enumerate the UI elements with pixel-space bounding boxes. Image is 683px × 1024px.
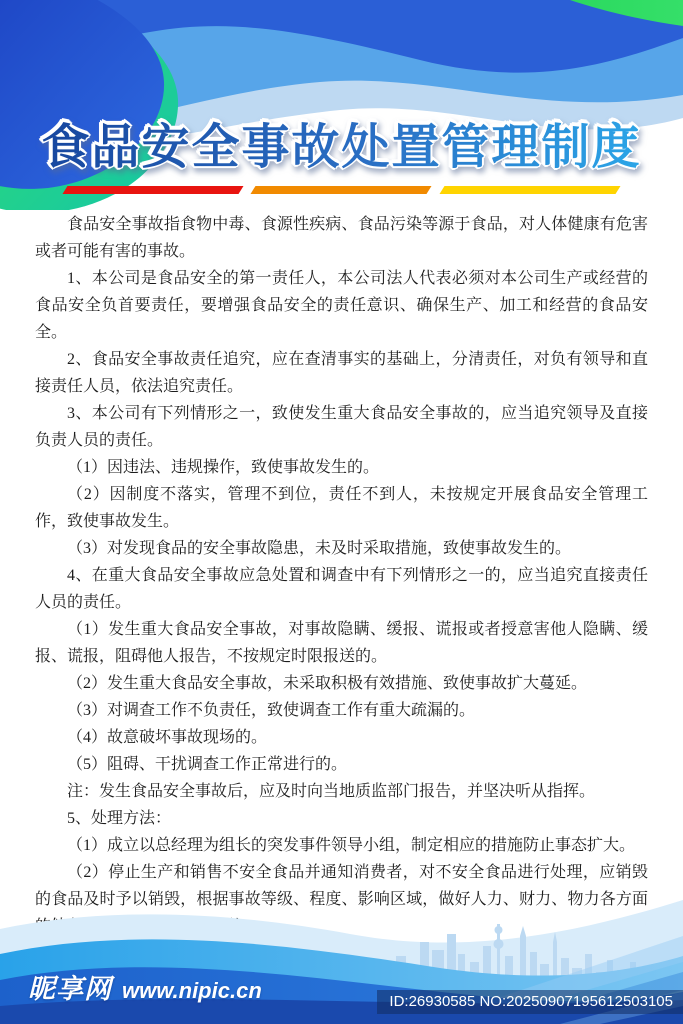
paragraph-item-3: 3、本公司有下列情形之一，致使发生重大食品安全事故的，应当追究领导及直接负责人员… <box>35 400 648 454</box>
watermark: 昵享网 www.nipic.cn <box>28 967 262 1006</box>
header-wave-art <box>0 0 683 210</box>
paragraph-item-4: 4、在重大食品安全事故应急处置和调查中有下列情形之一的，应当追究直接责任人员的责… <box>35 562 648 616</box>
paragraph-item-4-sub-2: （2）发生重大食品安全事故，未采取积极有效措施、致使事故扩大蔓延。 <box>35 670 648 697</box>
image-id-badge: ID:26930585 NO:20250907195612503105 <box>377 990 683 1014</box>
poster-page: 食品安全事故处置管理制度 食品安全事故指食物中毒、食源性疾病、食品污染等源于食品… <box>0 0 683 1024</box>
paragraph-item-4-sub-5: （5）阻碍、干扰调查工作正常进行的。 <box>35 751 648 778</box>
divider-red-segment <box>63 186 244 194</box>
paragraph-intro: 食品安全事故指食物中毒、食源性疾病、食品污染等源于食品，对人体健康有危害或者可能… <box>35 211 648 265</box>
paragraph-item-4-sub-1: （1）发生重大食品安全事故，对事故隐瞒、缓报、谎报或者授意害他人隐瞒、缓报、谎报… <box>35 616 648 670</box>
tricolor-divider <box>65 186 618 194</box>
watermark-logo: 昵享网 <box>28 967 112 1006</box>
divider-orange-segment <box>251 186 432 194</box>
title-block: 食品安全事故处置管理制度 <box>0 108 683 177</box>
paragraph-item-3-sub-2: （2）因制度不落实，管理不到位，责任不到人，未按规定开展食品安全管理工作，致使事… <box>35 481 648 535</box>
divider-yellow-segment <box>439 186 620 194</box>
page-title: 食品安全事故处置管理制度 <box>41 108 641 177</box>
paragraph-item-5: 5、处理方法： <box>35 805 648 832</box>
paragraph-item-2: 2、食品安全事故责任追究，应在查清事实的基础上，分清责任，对负有领导和直接责任人… <box>35 346 648 400</box>
paragraph-note: 注：发生食品安全事故后，应及时向当地质监部门报告，并坚决听从指挥。 <box>35 778 648 805</box>
watermark-url: www.nipic.cn <box>122 978 262 1004</box>
paragraph-item-4-sub-4: （4）故意破坏事故现场的。 <box>35 724 648 751</box>
paragraph-item-3-sub-1: （1）因违法、违规操作，致使事故发生的。 <box>35 454 648 481</box>
paragraph-item-1: 1、本公司是食品安全的第一责任人，本公司法人代表必须对本公司生产或经营的食品安全… <box>35 265 648 346</box>
paragraph-item-4-sub-3: （3）对调查工作不负责任，致使调查工作有重大疏漏的。 <box>35 697 648 724</box>
paragraph-item-5-sub-1: （1）成立以总经理为组长的突发事件领导小组，制定相应的措施防止事态扩大。 <box>35 832 648 859</box>
regulation-text: 食品安全事故指食物中毒、食源性疾病、食品污染等源于食品，对人体健康有危害或者可能… <box>35 211 648 940</box>
paragraph-item-3-sub-3: （3）对发现食品的安全事故隐患，未及时采取措施，致使事故发生的。 <box>35 535 648 562</box>
